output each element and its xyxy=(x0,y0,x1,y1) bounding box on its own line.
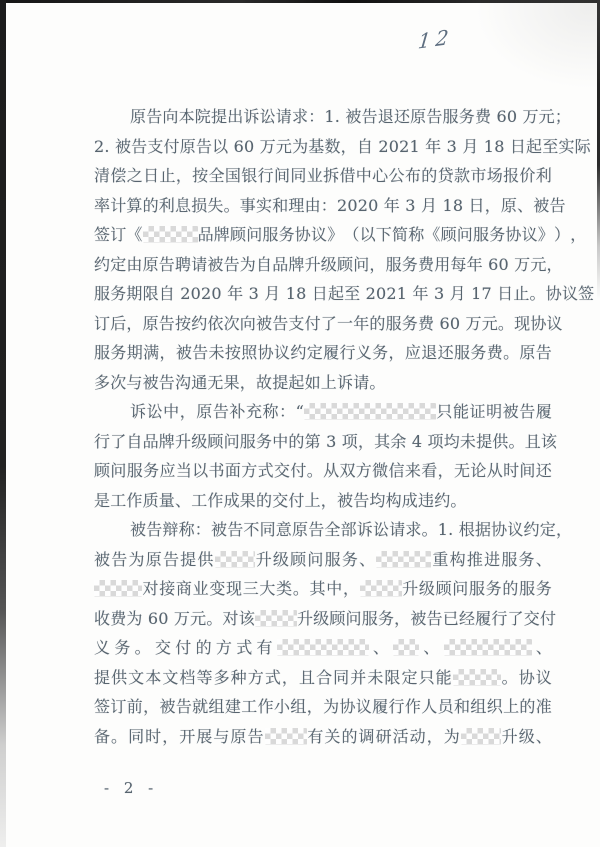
text-segment: 。协议 xyxy=(501,668,552,687)
redaction-mosaic xyxy=(255,610,297,627)
text-line: 多次与被告沟通无果，故提起如上诉请。 xyxy=(94,368,552,398)
text-segment: 、 xyxy=(369,638,393,657)
text-segment: 、 xyxy=(532,638,552,657)
scanner-edge-left xyxy=(0,0,6,847)
text-segment: 被告为原告提供 xyxy=(94,550,215,569)
redaction-mosaic xyxy=(143,226,198,243)
text-segment: 提供文本文档等多种方式，且合同并未限定只能 xyxy=(94,668,453,687)
text-segment: 签订前，被告就组建工作小组，为协议履行作人员和组织上的准 xyxy=(94,697,552,716)
redaction-mosaic xyxy=(277,639,369,656)
text-line: 率计算的利息损失。事实和理由：2020 年 3 月 18 日，原、被告 xyxy=(94,191,552,221)
text-segment: 义务。交付的方式有 xyxy=(94,638,277,657)
redaction-mosaic xyxy=(304,403,436,420)
text-segment: 重构推进服务、 xyxy=(431,550,552,569)
text-segment: 率计算的利息损失。事实和理由：2020 年 3 月 18 日，原、被告 xyxy=(94,196,566,215)
text-segment: 品牌顾问服务协议》（以下简称《顾问服务协议》）， xyxy=(198,225,587,244)
text-line: 2. 被告支付原告以 60 万元为基数，自 2021 年 3 月 18 日起至实… xyxy=(94,132,552,162)
text-segment: 升级顾问服务的服务 xyxy=(402,579,552,598)
text-line: 顾问服务应当以书面方式交付。从双方微信来看，无论从时间还 xyxy=(94,456,552,486)
text-line: 服务期满，被告未按照协议约定履行义务，应退还服务费。原告 xyxy=(94,338,552,368)
redaction-mosaic xyxy=(444,639,532,656)
text-line: 约定由原告聘请被告为自品牌升级顾问，服务费用每年 60 万元， xyxy=(94,250,552,280)
text-segment: 行了自品牌升级顾问服务中的第 3 项，其余 4 项均未提供。且该 xyxy=(94,432,557,451)
redaction-mosaic xyxy=(453,669,501,686)
text-line: 收费为 60 万元。对该升级顾问服务，被告已经履行了交付 xyxy=(94,604,552,634)
text-segment: 升级顾问服务、 xyxy=(255,550,377,569)
text-line: 签订前，被告就组建工作小组，为协议履行作人员和组织上的准 xyxy=(94,692,552,722)
redaction-mosaic xyxy=(94,580,142,597)
text-line: 原告向本院提出诉讼请求：1. 被告退还原告服务费 60 万元； xyxy=(94,102,552,132)
text-line: 是工作质量、工作成果的交付上，被告均构成违约。 xyxy=(94,486,552,516)
text-line: 被告辩称：被告不同意原告全部诉讼请求。1. 根据协议约定， xyxy=(94,515,552,545)
text-line: 行了自品牌升级顾问服务中的第 3 项，其余 4 项均未提供。且该 xyxy=(94,427,552,457)
text-line: 提供文本文档等多种方式，且合同并未限定只能。协议 xyxy=(94,663,552,693)
document-body: 原告向本院提出诉讼请求：1. 被告退还原告服务费 60 万元；2. 被告支付原告… xyxy=(94,102,552,751)
page-number: - 2 - xyxy=(104,779,158,797)
redaction-mosaic xyxy=(360,580,402,597)
text-line: 义务。交付的方式有、、、 xyxy=(94,633,552,663)
text-segment: 顾问服务应当以书面方式交付。从双方微信来看，无论从时间还 xyxy=(94,461,552,480)
text-line: 清偿之日止，按全国银行间同业拆借中心公布的贷款市场报价利 xyxy=(94,161,552,191)
text-segment: 订后，原告按约依次向被告支付了一年的服务费 60 万元。现协议 xyxy=(94,314,563,333)
text-segment: 只能证明被告履 xyxy=(436,402,552,421)
text-segment: 约定由原告聘请被告为自品牌升级顾问，服务费用每年 60 万元， xyxy=(94,255,563,274)
text-segment: 收费为 60 万元。对该 xyxy=(94,609,255,628)
text-segment: 有关的调研活动，为 xyxy=(307,727,461,746)
handwritten-mark: 12 xyxy=(417,24,455,54)
text-segment: 服务期限自 2020 年 3 月 18 日起至 2021 年 3 月 17 日止… xyxy=(94,284,594,303)
text-segment: 多次与被告沟通无果，故提起如上诉请。 xyxy=(94,373,386,392)
text-segment: 升级、 xyxy=(501,727,552,746)
text-segment: 签订《 xyxy=(94,225,143,244)
text-line: 诉讼中，原告补充称：“只能证明被告履 xyxy=(94,397,552,427)
text-segment: 诉讼中，原告补充称：“ xyxy=(130,402,304,421)
text-segment: 、 xyxy=(419,638,443,657)
text-segment: 备。同时，开展与原告 xyxy=(94,727,265,746)
text-segment: 升级顾问服务，被告已经履行了交付 xyxy=(297,609,556,628)
text-line: 对接商业变现三大类。其中，升级顾问服务的服务 xyxy=(94,574,552,604)
text-line: 被告为原告提供升级顾问服务、重构推进服务、 xyxy=(94,545,552,575)
redaction-mosaic xyxy=(215,551,255,568)
text-segment: 被告辩称：被告不同意原告全部诉讼请求。1. 根据协议约定， xyxy=(130,520,572,539)
text-line: 签订《品牌顾问服务协议》（以下简称《顾问服务协议》）， xyxy=(94,220,552,250)
text-segment: 原告向本院提出诉讼请求：1. 被告退还原告服务费 60 万元； xyxy=(130,107,571,126)
text-segment: 清偿之日止，按全国银行间同业拆借中心公布的贷款市场报价利 xyxy=(94,166,552,185)
redaction-mosaic xyxy=(393,639,419,656)
scanned-document-page: 12 原告向本院提出诉讼请求：1. 被告退还原告服务费 60 万元；2. 被告支… xyxy=(0,0,600,847)
text-segment: 是工作质量、工作成果的交付上，被告均构成违约。 xyxy=(94,491,467,510)
text-line: 备。同时，开展与原告有关的调研活动，为升级、 xyxy=(94,722,552,752)
text-segment: 2. 被告支付原告以 60 万元为基数，自 2021 年 3 月 18 日起至实… xyxy=(94,137,591,156)
scanner-edge-top xyxy=(0,0,600,3)
redaction-mosaic xyxy=(461,728,501,745)
text-line: 服务期限自 2020 年 3 月 18 日起至 2021 年 3 月 17 日止… xyxy=(94,279,552,309)
redaction-mosaic xyxy=(376,551,431,568)
text-segment: 服务期满，被告未按照协议约定履行义务，应退还服务费。原告 xyxy=(94,343,552,362)
redaction-mosaic xyxy=(265,728,307,745)
text-line: 订后，原告按约依次向被告支付了一年的服务费 60 万元。现协议 xyxy=(94,309,552,339)
text-segment: 对接商业变现三大类。其中， xyxy=(142,579,360,598)
